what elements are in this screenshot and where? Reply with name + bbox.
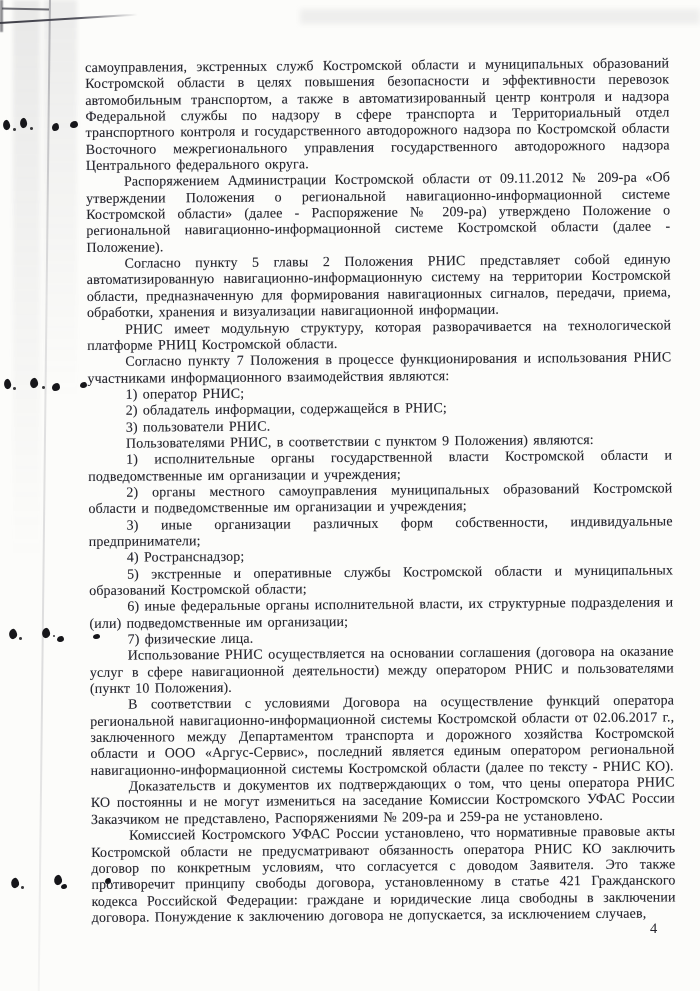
paragraph: Доказательств и документов их подтвержда… bbox=[91, 776, 675, 830]
document-body: самоуправления, экстренных служб Костром… bbox=[85, 56, 676, 927]
scanned-page: самоуправления, экстренных служб Костром… bbox=[0, 0, 700, 991]
paragraph: самоуправления, экстренных служб Костром… bbox=[85, 56, 670, 175]
ink-mark bbox=[57, 636, 64, 642]
ink-mark bbox=[61, 884, 67, 889]
paragraph: Распоряжением Администрации Костромской … bbox=[86, 171, 671, 257]
paragraph: 3) иные организации различных форм собст… bbox=[89, 514, 673, 551]
paragraph: Использование РНИС осуществляется на осн… bbox=[90, 645, 674, 699]
ink-mark bbox=[41, 627, 51, 638]
paragraph: 5) экстренные и оперативные службы Костр… bbox=[89, 563, 673, 600]
ink-mark bbox=[80, 382, 87, 388]
ink-mark bbox=[13, 128, 16, 131]
ink-mark bbox=[19, 637, 22, 640]
paragraph: В соответствии с условиями Договора на о… bbox=[90, 694, 675, 780]
scan-shadow-band bbox=[13, 0, 40, 560]
paragraph: 2) органы местного самоуправления муници… bbox=[88, 481, 672, 518]
ink-mark bbox=[13, 387, 16, 390]
paragraph: РНИС имеет модульную структуру, которая … bbox=[87, 318, 671, 355]
ink-mark bbox=[3, 378, 12, 389]
paragraph: Согласно пункту 7 Положения в процессе ф… bbox=[87, 351, 671, 388]
ink-mark bbox=[21, 886, 24, 889]
paragraph: Согласно пункту 5 главы 2 Положения РНИС… bbox=[87, 253, 671, 323]
ink-mark bbox=[8, 628, 18, 640]
ink-mark bbox=[42, 386, 45, 389]
page-number: 4 bbox=[650, 921, 657, 938]
paragraph: 6) иные федеральные органы исполнительно… bbox=[89, 596, 673, 633]
scan-smudge bbox=[300, 9, 700, 24]
ink-mark bbox=[2, 119, 11, 130]
ink-mark bbox=[53, 635, 55, 637]
paragraph: Комиссией Костромского УФАС России устан… bbox=[91, 825, 676, 928]
ink-mark bbox=[30, 127, 33, 130]
paragraph: 1) исполнительные органы государственной… bbox=[88, 449, 672, 486]
ink-mark bbox=[10, 877, 20, 889]
scan-edge-smudge bbox=[0, 0, 3, 32]
